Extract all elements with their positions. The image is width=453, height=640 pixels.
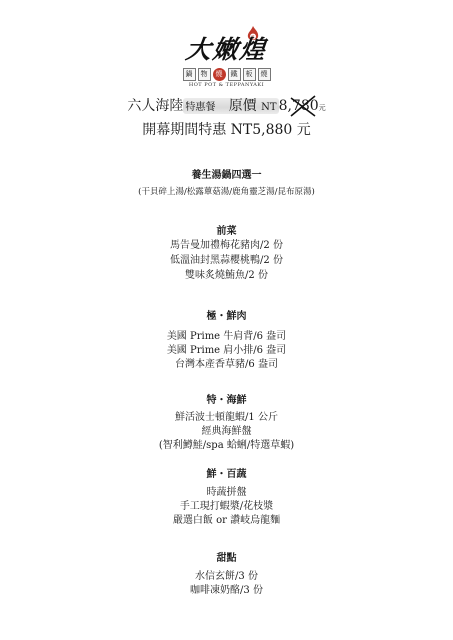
section-title-appetizers: 前菜 (0, 222, 453, 237)
menu-item: 美國 Prime 牛肩背/6 盎司 (0, 330, 453, 344)
brand-name: 大嫩煌 (0, 30, 453, 66)
set-name: 六人海陸 (127, 98, 183, 114)
promo-price: NT5,880 (231, 122, 293, 138)
menu-item: 水信玄餅/3 份 (0, 570, 453, 584)
section-title-dessert: 甜點 (0, 549, 453, 564)
brand-tag: 板 (243, 68, 256, 81)
section-title-seafood: 特・海鮮 (0, 391, 453, 406)
brand-subtitle: HOT POT & TEPPANYAKI (0, 82, 453, 88)
original-price: 8,780 (279, 98, 319, 114)
menu-item: (智利鱒鮭/spa 蛤蜊/特選草蝦) (0, 439, 453, 453)
brand-tags: 鍋物燒鐵板燒 (0, 68, 453, 81)
brand-tag: 物 (198, 68, 211, 81)
menu-item: 時蔬拼盤 (0, 486, 453, 500)
soup-options: (干貝碎上湯/松露蕈菇湯/鹿角靈芝湯/昆布原湯) (0, 185, 453, 197)
original-label: 原價 (229, 98, 257, 114)
menu-item: 手工現打蝦漿/花枝漿 (0, 500, 453, 514)
section-title-meat: 極・鮮肉 (0, 307, 453, 322)
menu-item: 鮮活波士頓龍蝦/1 公斤 (0, 411, 453, 425)
brand-tag: 鍋 (183, 68, 196, 81)
brand-tag: 燒 (258, 68, 271, 81)
menu-item: 咖啡凍奶酪/3 份 (0, 584, 453, 598)
menu-item: 嚴選白飯 or 讚岐烏龍麵 (0, 514, 453, 528)
menu-item: 低溫油封黑蒜櫻桃鴨/2 份 (0, 254, 453, 268)
promo-label: 開幕期間特惠 (142, 122, 226, 138)
menu-item: 馬告曼加禮梅花豬肉/2 份 (0, 239, 453, 253)
brand-tag-emblem: 燒 (213, 68, 226, 81)
menu-item: 美國 Prime 肩小排/6 盎司 (0, 344, 453, 358)
section-title-vegetables: 鮮・百蔬 (0, 465, 453, 480)
promo-price-line: 開幕期間特惠 NT5,880 元 (0, 119, 453, 139)
original-unit: 元 (319, 104, 326, 112)
menu-item: 雙味炙燒鮪魚/2 份 (0, 269, 453, 283)
set-price-line: 六人海陸特惠餐 原價 NT8,780 元 (0, 95, 453, 115)
section-title-soup: 養生湯鍋四選一 (0, 166, 453, 181)
strike-cross-icon (273, 94, 317, 118)
set-suffix: 特惠餐 (185, 102, 215, 113)
brand-tag: 鐵 (228, 68, 241, 81)
menu-item: 台灣本產香草豬/6 盎司 (0, 358, 453, 372)
menu-item: 經典海鮮盤 (0, 425, 453, 439)
menu-page: S 大嫩煌 鍋物燒鐵板燒 HOT POT & TEPPANYAKI 六人海陸特惠… (0, 0, 453, 640)
promo-unit: 元 (297, 122, 311, 138)
